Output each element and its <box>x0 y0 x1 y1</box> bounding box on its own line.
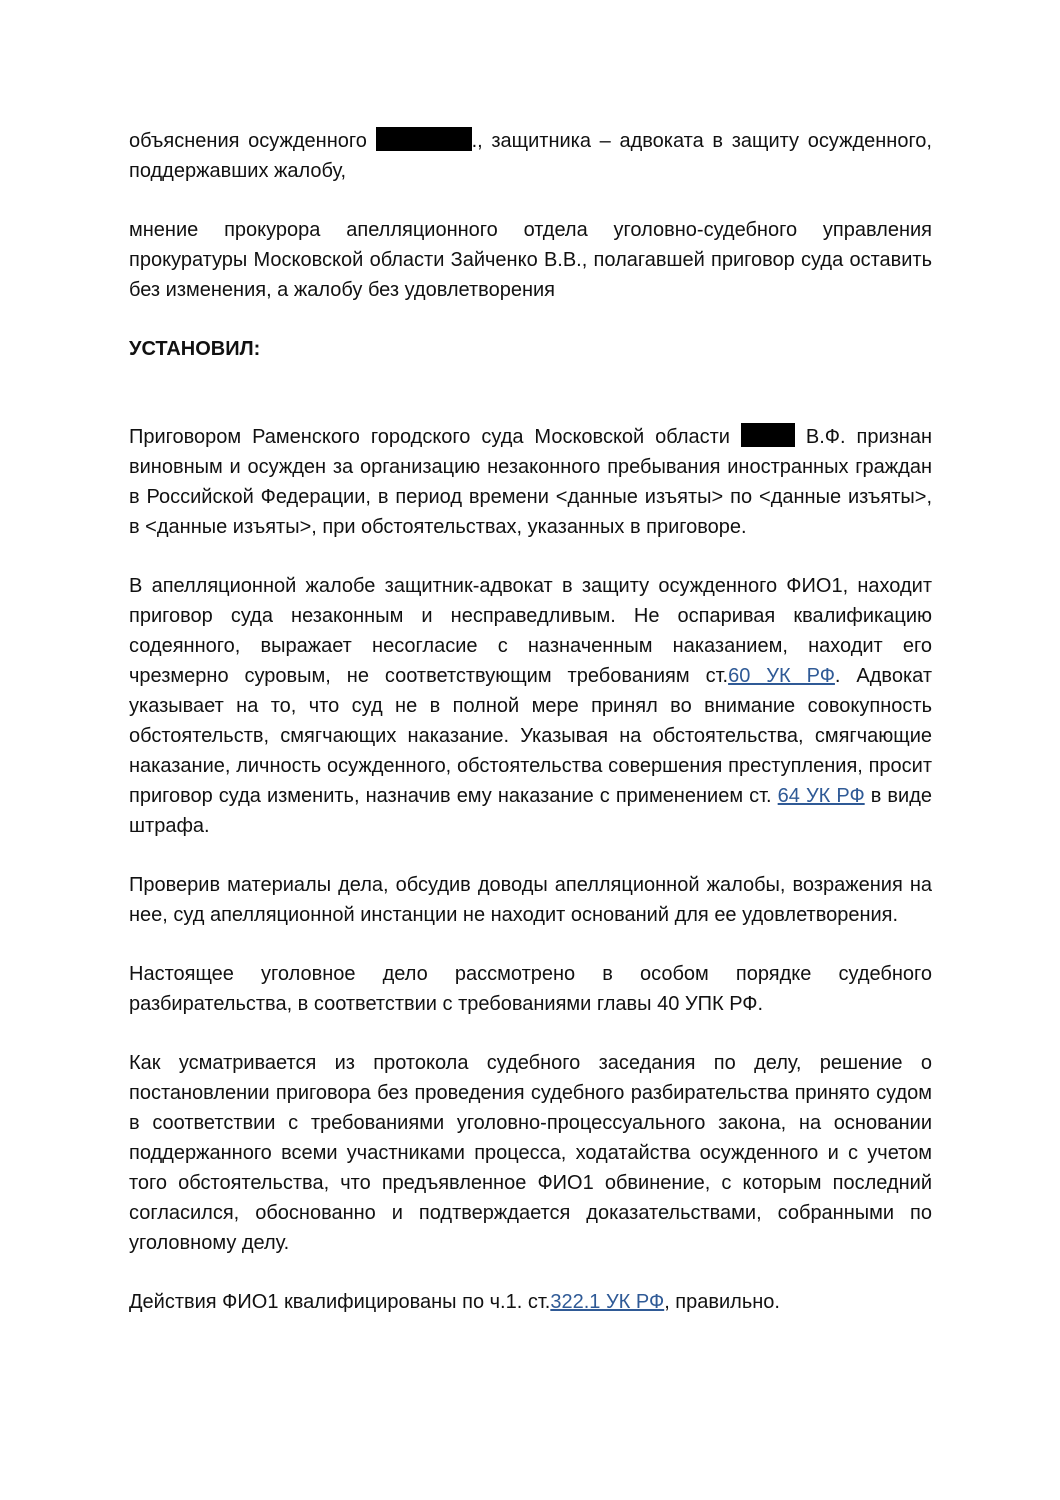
text: объяснения осужденного <box>129 130 376 152</box>
paragraph-prosecutor-opinion: мнение прокурора апелляционного отдела у… <box>129 215 932 305</box>
section-heading: УСТАНОВИЛ: <box>129 334 932 364</box>
paragraph-special-procedure: Настоящее уголовное дело рассмотрено в о… <box>129 959 932 1019</box>
link-article-64[interactable]: 64 УК РФ <box>778 785 865 807</box>
paragraph-explanations: объяснения осужденного ., защитника – ад… <box>129 126 932 186</box>
document-page: объяснения осужденного ., защитника – ад… <box>129 126 932 1317</box>
paragraph-qualification: Действия ФИО1 квалифицированы по ч.1. ст… <box>129 1287 932 1317</box>
redacted-name <box>376 127 472 151</box>
paragraph-review: Проверив материалы дела, обсудив доводы … <box>129 870 932 930</box>
link-article-60[interactable]: 60 УК РФ <box>728 665 835 687</box>
text: Приговором Раменского городского суда Мо… <box>129 426 741 448</box>
paragraph-verdict: Приговором Раменского городского суда Мо… <box>129 422 932 542</box>
paragraph-appeal: В апелляционной жалобе защитник-адвокат … <box>129 571 932 841</box>
redacted-name <box>741 423 795 447</box>
paragraph-protocol: Как усматривается из протокола судебного… <box>129 1048 932 1258</box>
text: Действия ФИО1 квалифицированы по ч.1. ст… <box>129 1291 550 1313</box>
link-article-322-1[interactable]: 322.1 УК РФ <box>550 1291 664 1313</box>
text: , правильно. <box>664 1291 780 1313</box>
